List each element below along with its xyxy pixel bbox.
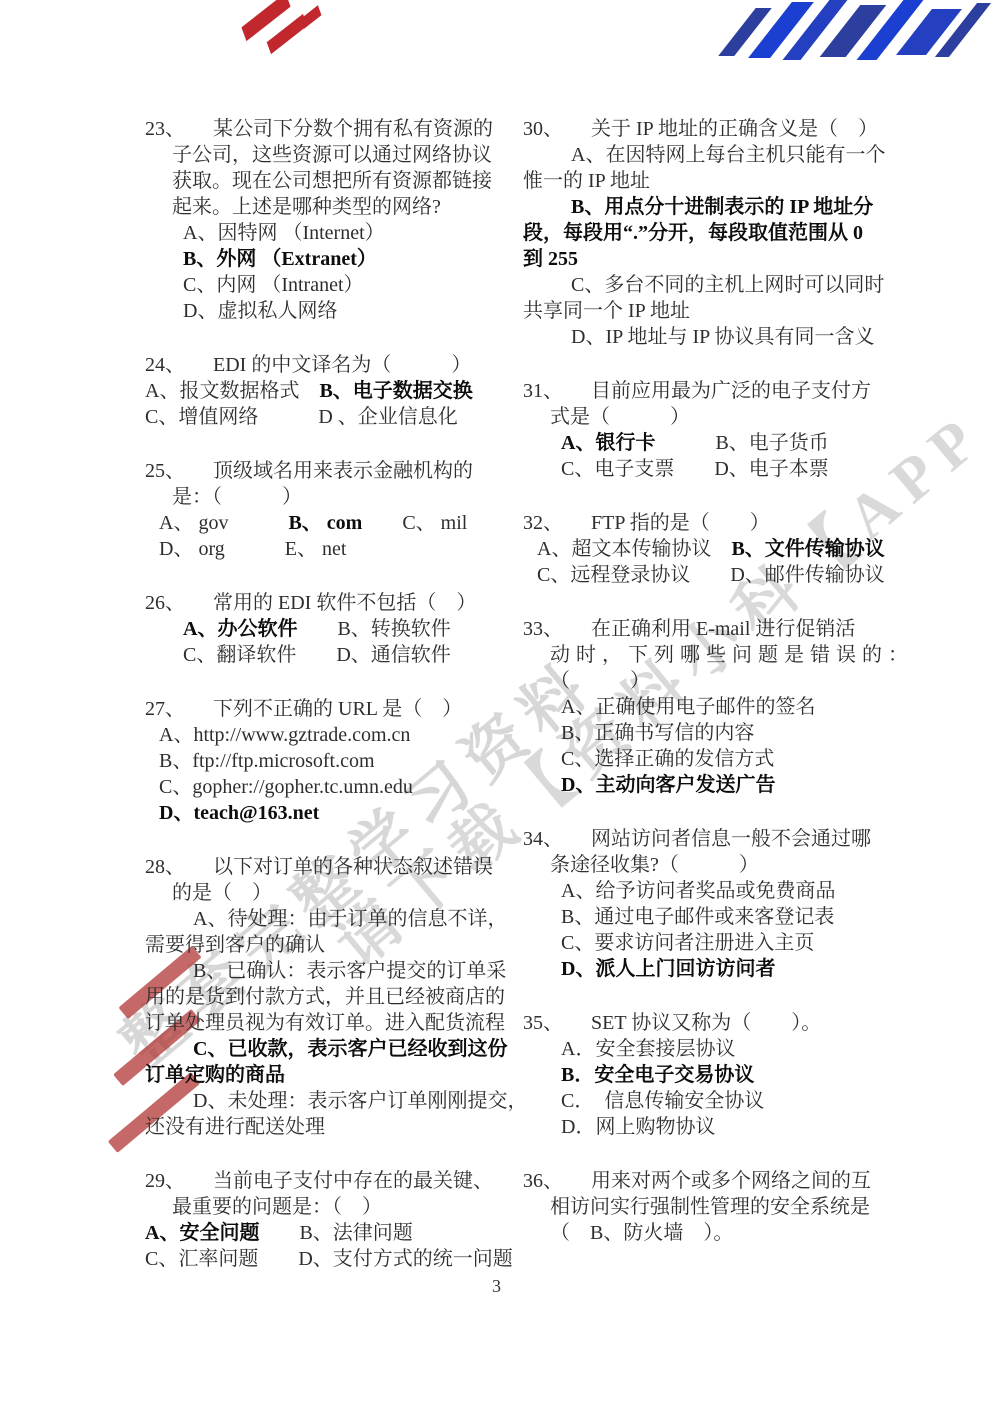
text-segment: A．安全套接层协议 xyxy=(561,1038,735,1060)
text-segment: 条途径收集?（ ） xyxy=(550,854,759,876)
question-line: D．网上购物协议 xyxy=(523,1114,875,1140)
question-line: B、已确认：表示客户提交的订单采 xyxy=(145,958,497,984)
text-segment: A、http://www.gztrade.com.cn xyxy=(159,724,410,746)
question-line: C、多台不同的主机上网时可以同时 xyxy=(523,272,875,298)
text-segment: D．网上购物协议 xyxy=(561,1116,715,1138)
text-segment: SET 协议又称为（ ）。 xyxy=(591,1012,821,1034)
question-line: C、远程登录协议 D、邮件传输协议 xyxy=(523,562,875,588)
question-line: 共享同一个 IP 地址 xyxy=(523,298,875,324)
text-segment: D、IP 地址与 IP 协议具有同一含义 xyxy=(571,326,875,348)
text-segment: C、已收款，表示客户已经收到这份 xyxy=(193,1038,507,1060)
question-number: 31、 xyxy=(523,378,591,404)
text-segment: EDI 的中文译名为（ ） xyxy=(213,354,471,376)
question-line: 动时，下列哪些问题是错误的： xyxy=(523,642,875,668)
text-segment: A、 gov xyxy=(159,512,288,534)
question-line: B、用点分十进制表示的 IP 地址分 xyxy=(523,194,875,220)
text-segment: 常用的 EDI 软件不包括（ ） xyxy=(213,592,476,614)
document-page: 整套完整学习资料 请下载【资料小科【APP 23、某公司下分数个拥有私有资源的子… xyxy=(0,0,993,1404)
text-segment: A、超文本传输协议 xyxy=(537,538,731,560)
question-line: （ B、防火墙 ）。 xyxy=(523,1220,875,1246)
question-line: D、teach@163.net xyxy=(145,800,497,826)
text-segment: D、 org E、 net xyxy=(159,538,346,560)
question-line: （ ） xyxy=(523,668,875,694)
text-segment: C、汇率问题 D、支付方式的统一问题 xyxy=(145,1248,513,1270)
question-column-right: 30、关于 IP 地址的正确含义是（ ）A、在因特网上每台主机只能有一个惟一的 … xyxy=(523,116,875,1274)
question-line: A、待处理：由于订单的信息不详， xyxy=(145,906,497,932)
question-line: C、翻译软件 D、通信软件 xyxy=(145,642,497,668)
question-line: C、要求访问者注册进入主页 xyxy=(523,930,875,956)
question-line: 26、常用的 EDI 软件不包括（ ） xyxy=(145,590,497,616)
question-30: 30、关于 IP 地址的正确含义是（ ）A、在因特网上每台主机只能有一个惟一的 … xyxy=(523,116,875,350)
text-segment: FTP 指的是（ ） xyxy=(591,512,770,534)
question-31: 31、目前应用最为广泛的电子支付方式是（ ）A、银行卡 B、电子货币C、电子支票… xyxy=(523,378,875,482)
question-number: 23、 xyxy=(145,116,213,142)
text-segment: 用来对两个或多个网络之间的互 xyxy=(591,1170,871,1192)
text-segment: B、已确认：表示客户提交的订单采 xyxy=(193,960,506,982)
question-line: 30、关于 IP 地址的正确含义是（ ） xyxy=(523,116,875,142)
question-line: 订单定购的商品 xyxy=(145,1062,497,1088)
question-line: 段，每段用“.”分开，每段取值范围从 0 xyxy=(523,220,875,246)
question-line: D、 org E、 net xyxy=(145,536,497,562)
question-line: D、主动向客户发送广告 xyxy=(523,772,875,798)
question-number: 28、 xyxy=(145,854,213,880)
question-line: A、在因特网上每台主机只能有一个 xyxy=(523,142,875,168)
question-line: A、http://www.gztrade.com.cn xyxy=(145,722,497,748)
text-segment: B、正确书写信的内容 xyxy=(561,722,754,744)
question-33: 33、在正确利用 E-mail 进行促销活动时，下列哪些问题是错误的：（ ）A、… xyxy=(523,616,875,798)
text-segment: B、转换软件 xyxy=(297,618,450,640)
text-segment: D、派人上门回访访问者 xyxy=(561,958,775,980)
text-segment: D、teach@163.net xyxy=(159,802,319,824)
question-line: 最重要的问题是：（ ） xyxy=(145,1194,497,1220)
question-line: C、内网 （Intranet） xyxy=(145,272,497,298)
question-line: C． 信息传输安全协议 xyxy=(523,1088,875,1114)
text-segment: A、在因特网上每台主机只能有一个 xyxy=(571,144,885,166)
question-column-left: 23、某公司下分数个拥有私有资源的子公司，这些资源可以通过网络协议获取。现在公司… xyxy=(145,116,497,1300)
question-line: 订单处理员视为有效订单。进入配货流程 xyxy=(145,1010,497,1036)
text-segment: B、通过电子邮件或来客登记表 xyxy=(561,906,834,928)
text-segment: 某公司下分数个拥有私有资源的 xyxy=(213,118,493,140)
question-line: 用的是货到付款方式，并且已经被商店的 xyxy=(145,984,497,1010)
question-line: 获取。现在公司想把所有资源都链接 xyxy=(145,168,497,194)
question-number: 36、 xyxy=(523,1168,591,1194)
question-line: 条途径收集?（ ） xyxy=(523,852,875,878)
question-line: C、选择正确的发信方式 xyxy=(523,746,875,772)
question-number: 35、 xyxy=(523,1010,591,1036)
question-35: 35、SET 协议又称为（ ）。A．安全套接层协议B．安全电子交易协议C． 信息… xyxy=(523,1010,875,1140)
text-segment: D、虚拟私人网络 xyxy=(183,300,337,322)
question-line: 24、EDI 的中文译名为（ ） xyxy=(145,352,497,378)
text-segment: B、法律问题 xyxy=(259,1222,412,1244)
question-line: D、派人上门回访访问者 xyxy=(523,956,875,982)
text-segment: D、未处理：表示客户订单刚刚提交， xyxy=(193,1090,527,1112)
question-line: A、报文数据格式 B、电子数据交换 xyxy=(145,378,497,404)
question-line: 31、目前应用最为广泛的电子支付方 xyxy=(523,378,875,404)
question-line: 惟一的 IP 地址 xyxy=(523,168,875,194)
question-number: 24、 xyxy=(145,352,213,378)
question-line: 的是（ ） xyxy=(145,880,497,906)
text-segment: （ B、防火墙 ）。 xyxy=(550,1222,733,1244)
text-segment: 共享同一个 IP 地址 xyxy=(523,300,690,322)
question-line: A．安全套接层协议 xyxy=(523,1036,875,1062)
question-line: 35、SET 协议又称为（ ）。 xyxy=(523,1010,875,1036)
text-segment: 式是（ ） xyxy=(550,406,690,428)
question-line: C、gopher://gopher.tc.umn.edu xyxy=(145,774,497,800)
question-line: B、外网 （Extranet） xyxy=(145,246,497,272)
question-line: 33、在正确利用 E-mail 进行促销活 xyxy=(523,616,875,642)
text-segment: A、待处理：由于订单的信息不详， xyxy=(193,908,507,930)
question-line: 23、某公司下分数个拥有私有资源的 xyxy=(145,116,497,142)
question-number: 34、 xyxy=(523,826,591,852)
text-segment: 段，每段用“.”分开，每段取值范围从 0 xyxy=(523,222,863,244)
question-line: D、未处理：表示客户订单刚刚提交， xyxy=(145,1088,497,1114)
question-line: 27、下列不正确的 URL 是（ ） xyxy=(145,696,497,722)
text-segment: 顶级域名用来表示金融机构的 xyxy=(213,460,473,482)
question-line: D、虚拟私人网络 xyxy=(145,298,497,324)
text-segment: 到 255 xyxy=(523,248,578,270)
question-line: B、通过电子邮件或来客登记表 xyxy=(523,904,875,930)
question-line: 32、FTP 指的是（ ） xyxy=(523,510,875,536)
text-segment: 用的是货到付款方式，并且已经被商店的 xyxy=(145,986,505,1008)
text-segment: 网站访问者信息一般不会通过哪 xyxy=(591,828,871,850)
text-segment: B、用点分十进制表示的 IP 地址分 xyxy=(571,196,873,218)
text-segment: C、远程登录协议 D、邮件传输协议 xyxy=(537,564,885,586)
question-line: A、办公软件 B、转换软件 xyxy=(145,616,497,642)
text-segment: 子公司，这些资源可以通过网络协议 xyxy=(172,144,492,166)
text-segment: 以下对订单的各种状态叙述错误 xyxy=(213,856,493,878)
question-line: 子公司，这些资源可以通过网络协议 xyxy=(145,142,497,168)
text-segment: 订单处理员视为有效订单。进入配货流程 xyxy=(145,1012,505,1034)
question-36: 36、用来对两个或多个网络之间的互相访问实行强制性管理的安全系统是（ B、防火墙… xyxy=(523,1168,875,1246)
question-line: 34、网站访问者信息一般不会通过哪 xyxy=(523,826,875,852)
question-line: C、增值网络 D 、企业信息化 xyxy=(145,404,497,430)
text-segment: C、gopher://gopher.tc.umn.edu xyxy=(159,776,413,798)
question-line: C、已收款，表示客户已经收到这份 xyxy=(145,1036,497,1062)
text-segment: B、文件传输协议 xyxy=(731,538,884,560)
question-line: 25、顶级域名用来表示金融机构的 xyxy=(145,458,497,484)
red-ribbon-decoration xyxy=(301,5,322,28)
question-line: 是：（ ） xyxy=(145,484,497,510)
page-number: 3 xyxy=(0,1276,993,1297)
question-26: 26、常用的 EDI 软件不包括（ ）A、办公软件 B、转换软件C、翻译软件 D… xyxy=(145,590,497,668)
text-segment: C． 信息传输安全协议 xyxy=(561,1090,764,1112)
text-segment: 相访问实行强制性管理的安全系统是 xyxy=(550,1196,870,1218)
question-line: A、正确使用电子邮件的签名 xyxy=(523,694,875,720)
question-line: 需要得到客户的确认 xyxy=(145,932,497,958)
question-line: 式是（ ） xyxy=(523,404,875,430)
question-number: 32、 xyxy=(523,510,591,536)
text-segment: 目前应用最为广泛的电子支付方 xyxy=(591,380,871,402)
question-line: C、电子支票 D、电子本票 xyxy=(523,456,875,482)
question-number: 33、 xyxy=(523,616,591,642)
question-line: A、给予访问者奖品或免费商品 xyxy=(523,878,875,904)
text-segment: A、因特网 （Internet） xyxy=(183,222,385,244)
text-segment: B、 com xyxy=(288,512,362,534)
question-line: A、超文本传输协议 B、文件传输协议 xyxy=(523,536,875,562)
text-segment: 在正确利用 E-mail 进行促销活 xyxy=(591,618,855,640)
question-number: 25、 xyxy=(145,458,213,484)
question-27: 27、下列不正确的 URL 是（ ）A、http://www.gztrade.c… xyxy=(145,696,497,826)
question-line: 29、当前电子支付中存在的最关键、 xyxy=(145,1168,497,1194)
text-segment: 惟一的 IP 地址 xyxy=(523,170,650,192)
question-28: 28、以下对订单的各种状态叙述错误的是（ ）A、待处理：由于订单的信息不详，需要… xyxy=(145,854,497,1140)
question-line: 起来。上述是哪种类型的网络? xyxy=(145,194,497,220)
text-segment: C、要求访问者注册进入主页 xyxy=(561,932,814,954)
text-segment: B、电子货币 xyxy=(655,432,828,454)
question-29: 29、当前电子支付中存在的最关键、最重要的问题是：（ ）A、安全问题 B、法律问… xyxy=(145,1168,497,1272)
question-32: 32、FTP 指的是（ ）A、超文本传输协议 B、文件传输协议C、远程登录协议 … xyxy=(523,510,875,588)
question-line: A、银行卡 B、电子货币 xyxy=(523,430,875,456)
text-segment: A、办公软件 xyxy=(183,618,297,640)
question-34: 34、网站访问者信息一般不会通过哪条途径收集?（ ）A、给予访问者奖品或免费商品… xyxy=(523,826,875,982)
question-23: 23、某公司下分数个拥有私有资源的子公司，这些资源可以通过网络协议获取。现在公司… xyxy=(145,116,497,324)
text-segment: C、翻译软件 D、通信软件 xyxy=(183,644,451,666)
question-24: 24、EDI 的中文译名为（ ）A、报文数据格式 B、电子数据交换C、增值网络 … xyxy=(145,352,497,430)
text-segment: C、选择正确的发信方式 xyxy=(561,748,774,770)
question-number: 30、 xyxy=(523,116,591,142)
text-segment: B．安全电子交易协议 xyxy=(561,1064,754,1086)
text-segment: 获取。现在公司想把所有资源都链接 xyxy=(172,170,492,192)
text-segment: 起来。上述是哪种类型的网络? xyxy=(172,196,441,218)
text-segment: 下列不正确的 URL 是（ ） xyxy=(213,698,462,720)
question-line: B．安全电子交易协议 xyxy=(523,1062,875,1088)
text-segment: 动时，下列哪些问题是错误的： xyxy=(550,644,914,666)
text-segment: 最重要的问题是：（ ） xyxy=(172,1196,382,1218)
text-segment: A、报文数据格式 xyxy=(145,380,319,402)
text-segment: C、 mil xyxy=(362,512,467,534)
text-segment: A、给予访问者奖品或免费商品 xyxy=(561,880,835,902)
text-segment: B、电子数据交换 xyxy=(319,380,472,402)
question-line: B、ftp://ftp.microsoft.com xyxy=(145,748,497,774)
question-line: D、IP 地址与 IP 协议具有同一含义 xyxy=(523,324,875,350)
question-25: 25、顶级域名用来表示金融机构的是：（ ）A、 gov B、 com C、 mi… xyxy=(145,458,497,562)
text-segment: B、外网 （Extranet） xyxy=(183,248,377,270)
text-segment: C、增值网络 D 、企业信息化 xyxy=(145,406,458,428)
question-number: 27、 xyxy=(145,696,213,722)
question-line: 28、以下对订单的各种状态叙述错误 xyxy=(145,854,497,880)
text-segment: 关于 IP 地址的正确含义是（ ） xyxy=(591,118,878,140)
question-line: B、正确书写信的内容 xyxy=(523,720,875,746)
text-segment: A、银行卡 xyxy=(561,432,655,454)
question-line: 相访问实行强制性管理的安全系统是 xyxy=(523,1194,875,1220)
text-segment: （ ） xyxy=(550,670,650,692)
text-segment: B、ftp://ftp.microsoft.com xyxy=(159,750,375,772)
text-segment: 的是（ ） xyxy=(172,882,272,904)
text-segment: 当前电子支付中存在的最关键、 xyxy=(213,1170,493,1192)
question-line: 36、用来对两个或多个网络之间的互 xyxy=(523,1168,875,1194)
question-line: 还没有进行配送处理 xyxy=(145,1114,497,1140)
question-number: 29、 xyxy=(145,1168,213,1194)
text-segment: A、安全问题 xyxy=(145,1222,259,1244)
question-line: A、安全问题 B、法律问题 xyxy=(145,1220,497,1246)
question-number: 26、 xyxy=(145,590,213,616)
question-line: A、 gov B、 com C、 mil xyxy=(145,510,497,536)
text-segment: 是：（ ） xyxy=(172,486,302,508)
question-line: C、汇率问题 D、支付方式的统一问题 xyxy=(145,1246,497,1272)
text-segment: C、多台不同的主机上网时可以同时 xyxy=(571,274,884,296)
text-segment: D、主动向客户发送广告 xyxy=(561,774,775,796)
text-segment: A、正确使用电子邮件的签名 xyxy=(561,696,815,718)
text-segment: 还没有进行配送处理 xyxy=(145,1116,325,1138)
text-segment: C、电子支票 D、电子本票 xyxy=(561,458,829,480)
text-segment: 订单定购的商品 xyxy=(145,1064,285,1086)
text-segment: 需要得到客户的确认 xyxy=(145,934,325,956)
question-line: A、因特网 （Internet） xyxy=(145,220,497,246)
text-segment: C、内网 （Intranet） xyxy=(183,274,364,296)
question-line: 到 255 xyxy=(523,246,875,272)
